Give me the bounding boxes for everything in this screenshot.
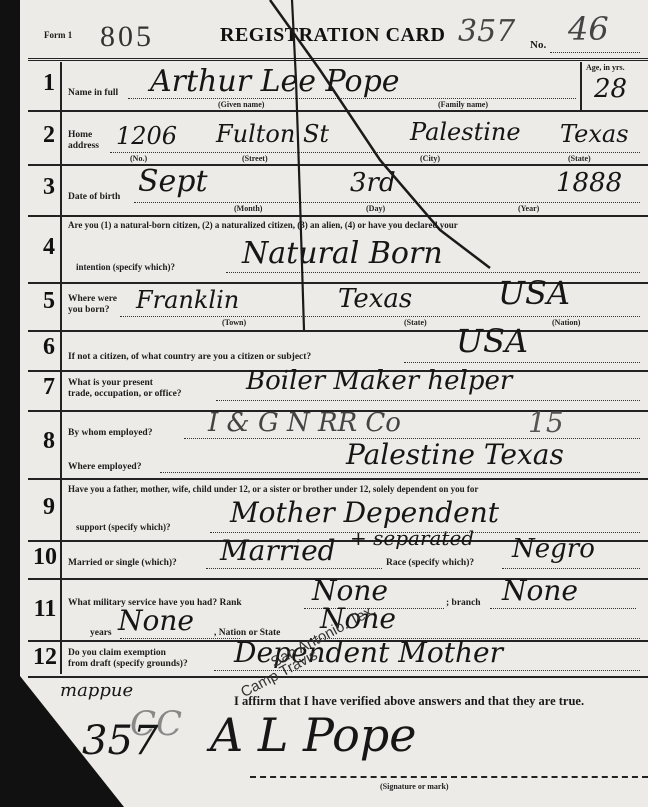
registration-card: Form 1 805 REGISTRATION CARD 357 No. 46 …: [20, 0, 648, 807]
pen-strike-marks: [20, 0, 648, 807]
